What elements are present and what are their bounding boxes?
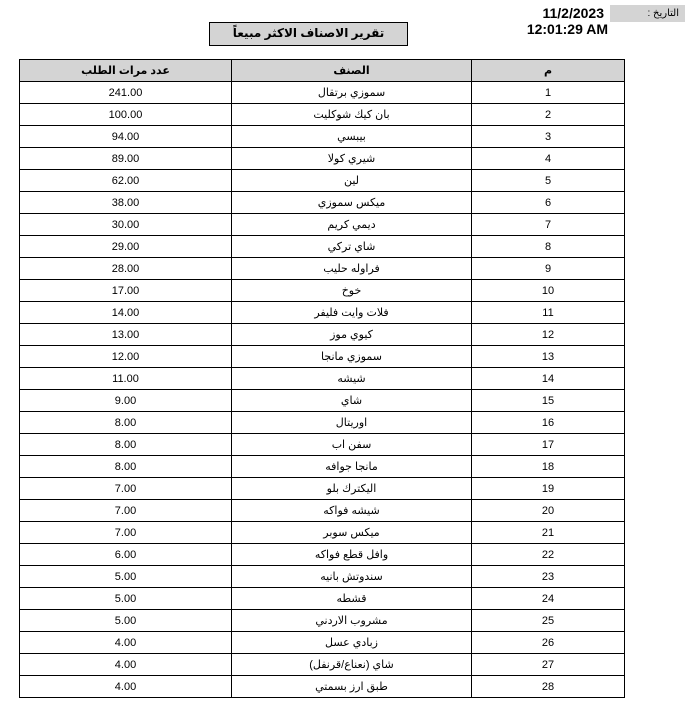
order-count-cell: 89.00 [20, 148, 232, 170]
table-row: 4.00شاي (نعناع/قرنفل)27 [20, 654, 625, 676]
row-number-cell: 11 [472, 302, 625, 324]
report-time: 12:01:29 AM [500, 21, 608, 37]
best-selling-items-table: عدد مرات الطلب الصنف م 241.00سموزي برتقا… [19, 59, 625, 698]
item-name-cell: شيشه [232, 368, 472, 390]
item-name-cell: طبق ارز بسمتي [232, 676, 472, 698]
order-count-cell: 9.00 [20, 390, 232, 412]
item-name-cell: ميكس سوبر [232, 522, 472, 544]
row-number-cell: 1 [472, 82, 625, 104]
order-count-cell: 7.00 [20, 500, 232, 522]
row-number-cell: 13 [472, 346, 625, 368]
row-number-cell: 26 [472, 632, 625, 654]
order-count-cell: 100.00 [20, 104, 232, 126]
order-count-cell: 13.00 [20, 324, 232, 346]
row-number-cell: 21 [472, 522, 625, 544]
table-row: 29.00شاي تركي8 [20, 236, 625, 258]
item-name-cell: شاي [232, 390, 472, 412]
item-name-cell: سموزي مانجا [232, 346, 472, 368]
table-row: 17.00خوخ10 [20, 280, 625, 302]
order-count-cell: 38.00 [20, 192, 232, 214]
row-number-cell: 10 [472, 280, 625, 302]
item-name-cell: سندوتش بانيه [232, 566, 472, 588]
row-number-cell: 25 [472, 610, 625, 632]
table-row: 13.00كيوي موز12 [20, 324, 625, 346]
date-label: التاريخ : [610, 5, 685, 22]
table-row: 38.00ميكس سموزي6 [20, 192, 625, 214]
order-count-cell: 8.00 [20, 412, 232, 434]
item-name-cell: اليكترك بلو [232, 478, 472, 500]
table-row: 12.00سموزي مانجا13 [20, 346, 625, 368]
order-count-cell: 12.00 [20, 346, 232, 368]
item-name-cell: زبادي عسل [232, 632, 472, 654]
order-count-cell: 8.00 [20, 456, 232, 478]
table-row: 11.00شيشه14 [20, 368, 625, 390]
row-number-cell: 8 [472, 236, 625, 258]
row-number-cell: 19 [472, 478, 625, 500]
order-count-cell: 17.00 [20, 280, 232, 302]
order-count-cell: 14.00 [20, 302, 232, 324]
table-row: 89.00شيري كولا4 [20, 148, 625, 170]
item-name-cell: خوخ [232, 280, 472, 302]
order-count-cell: 30.00 [20, 214, 232, 236]
row-number-cell: 9 [472, 258, 625, 280]
row-number-cell: 27 [472, 654, 625, 676]
item-name-cell: بان كيك شوكليت [232, 104, 472, 126]
order-count-cell: 4.00 [20, 676, 232, 698]
item-name-cell: لين [232, 170, 472, 192]
report-title: تقرير الاصناف الاكثر مبيعاً [209, 22, 408, 46]
table-row: 8.00اوريتال16 [20, 412, 625, 434]
report-date: 11/2/2023 [500, 6, 604, 21]
row-number-cell: 17 [472, 434, 625, 456]
table-header-row: عدد مرات الطلب الصنف م [20, 60, 625, 82]
table-row: 62.00لين5 [20, 170, 625, 192]
row-number-cell: 23 [472, 566, 625, 588]
table-row: 6.00وافل قطع فواكه22 [20, 544, 625, 566]
order-count-cell: 8.00 [20, 434, 232, 456]
table-row: 7.00شيشه فواكه20 [20, 500, 625, 522]
item-name-cell: فراوله حليب [232, 258, 472, 280]
item-name-cell: كيوي موز [232, 324, 472, 346]
table-row: 7.00ميكس سوبر21 [20, 522, 625, 544]
order-count-cell: 11.00 [20, 368, 232, 390]
row-number-cell: 20 [472, 500, 625, 522]
table-row: 9.00شاي15 [20, 390, 625, 412]
order-count-cell: 62.00 [20, 170, 232, 192]
item-name-cell: ميكس سموزي [232, 192, 472, 214]
item-name-cell: شيري كولا [232, 148, 472, 170]
row-number-cell: 4 [472, 148, 625, 170]
row-number-cell: 3 [472, 126, 625, 148]
item-name-cell: سموزي برتقال [232, 82, 472, 104]
order-count-cell: 241.00 [20, 82, 232, 104]
order-count-cell: 7.00 [20, 478, 232, 500]
order-count-cell: 5.00 [20, 610, 232, 632]
row-number-cell: 14 [472, 368, 625, 390]
item-name-cell: مشروب الاردني [232, 610, 472, 632]
order-count-cell: 94.00 [20, 126, 232, 148]
row-number-cell: 16 [472, 412, 625, 434]
item-name-cell: فلات وايت فليفر [232, 302, 472, 324]
column-header-number: م [472, 60, 625, 82]
table-row: 4.00طبق ارز بسمتي28 [20, 676, 625, 698]
order-count-cell: 5.00 [20, 588, 232, 610]
row-number-cell: 15 [472, 390, 625, 412]
row-number-cell: 24 [472, 588, 625, 610]
table-row: 8.00مانجا جوافه18 [20, 456, 625, 478]
row-number-cell: 6 [472, 192, 625, 214]
table-row: 5.00قشطه24 [20, 588, 625, 610]
row-number-cell: 18 [472, 456, 625, 478]
item-name-cell: مانجا جوافه [232, 456, 472, 478]
table-row: 30.00ديمي كريم7 [20, 214, 625, 236]
item-name-cell: وافل قطع فواكه [232, 544, 472, 566]
order-count-cell: 29.00 [20, 236, 232, 258]
table-row: 94.00بيبسي3 [20, 126, 625, 148]
row-number-cell: 22 [472, 544, 625, 566]
item-name-cell: اوريتال [232, 412, 472, 434]
row-number-cell: 12 [472, 324, 625, 346]
row-number-cell: 28 [472, 676, 625, 698]
table-row: 100.00بان كيك شوكليت2 [20, 104, 625, 126]
table-row: 241.00سموزي برتقال1 [20, 82, 625, 104]
table-row: 14.00فلات وايت فليفر11 [20, 302, 625, 324]
table-row: 5.00سندوتش بانيه23 [20, 566, 625, 588]
order-count-cell: 5.00 [20, 566, 232, 588]
order-count-cell: 28.00 [20, 258, 232, 280]
item-name-cell: سفن اب [232, 434, 472, 456]
table-row: 7.00اليكترك بلو19 [20, 478, 625, 500]
order-count-cell: 4.00 [20, 632, 232, 654]
table-row: 5.00مشروب الاردني25 [20, 610, 625, 632]
item-name-cell: شاي تركي [232, 236, 472, 258]
order-count-cell: 6.00 [20, 544, 232, 566]
table-row: 4.00زبادي عسل26 [20, 632, 625, 654]
item-name-cell: شاي (نعناع/قرنفل) [232, 654, 472, 676]
row-number-cell: 2 [472, 104, 625, 126]
item-name-cell: قشطه [232, 588, 472, 610]
item-name-cell: ديمي كريم [232, 214, 472, 236]
item-name-cell: شيشه فواكه [232, 500, 472, 522]
row-number-cell: 5 [472, 170, 625, 192]
item-name-cell: بيبسي [232, 126, 472, 148]
row-number-cell: 7 [472, 214, 625, 236]
table-row: 8.00سفن اب17 [20, 434, 625, 456]
order-count-cell: 7.00 [20, 522, 232, 544]
column-header-item: الصنف [232, 60, 472, 82]
column-header-order-count: عدد مرات الطلب [20, 60, 232, 82]
order-count-cell: 4.00 [20, 654, 232, 676]
table-row: 28.00فراوله حليب9 [20, 258, 625, 280]
